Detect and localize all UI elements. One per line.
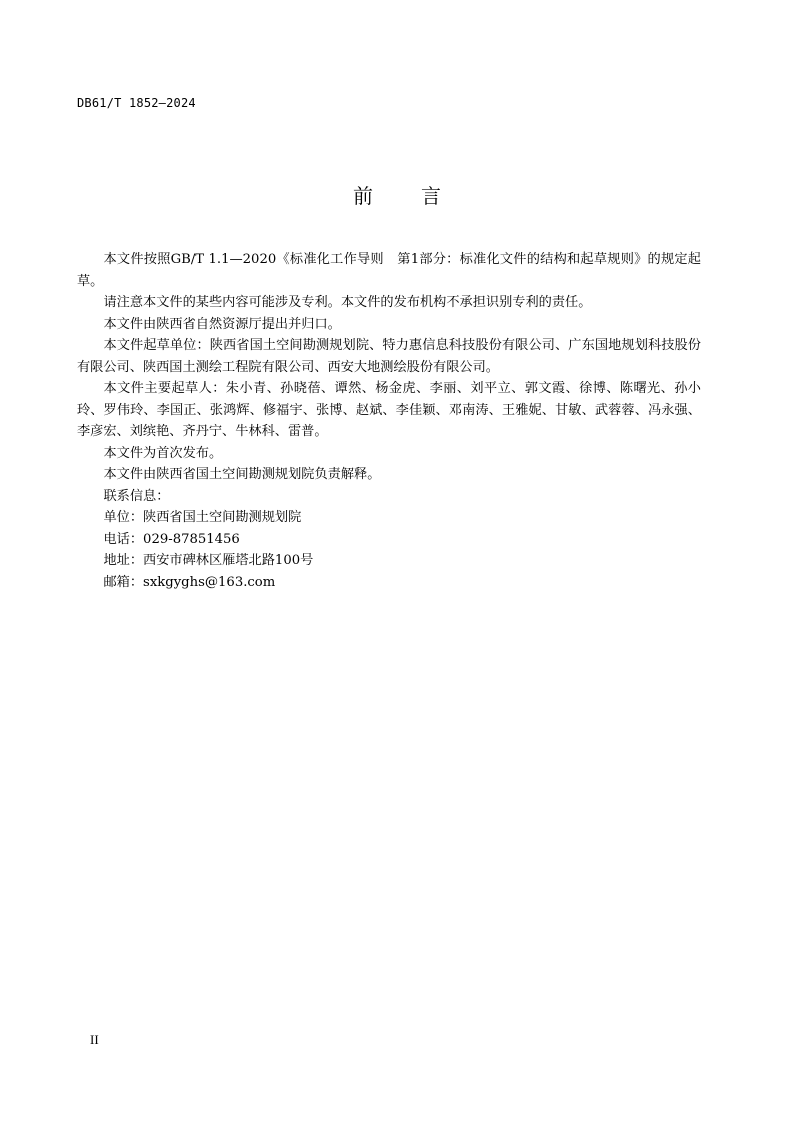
contact-email: 邮箱：sxkgyghs@163.com <box>77 572 701 594</box>
paragraph-drafters: 本文件主要起草人：朱小青、孙晓蓓、谭然、杨金虎、李丽、刘平立、郭文霞、徐博、陈曙… <box>77 378 701 443</box>
paragraph-drafting-units: 本文件起草单位：陕西省国土空间勘测规划院、特力惠信息科技股份有限公司、广东国地规… <box>77 335 701 378</box>
page-title: 前言 <box>0 180 794 209</box>
contact-address: 地址：西安市碑林区雁塔北路100号 <box>77 550 701 572</box>
page-number: II <box>90 1032 99 1048</box>
contact-unit: 单位：陕西省国土空间勘测规划院 <box>77 507 701 529</box>
foreword-body: 本文件按照GB/T 1.1—2020《标准化工作导则 第1部分：标准化文件的结构… <box>77 249 701 593</box>
contact-phone: 电话：029-87851456 <box>77 529 701 551</box>
paragraph-interpretation: 本文件由陕西省国土空间勘测规划院负责解释。 <box>77 464 701 486</box>
paragraph-proposer: 本文件由陕西省自然资源厅提出并归口。 <box>77 314 701 336</box>
paragraph-patent-notice: 请注意本文件的某些内容可能涉及专利。本文件的发布机构不承担识别专利的责任。 <box>77 292 701 314</box>
title-char-2: 言 <box>421 180 441 209</box>
paragraph-first-release: 本文件为首次发布。 <box>77 443 701 465</box>
contact-heading: 联系信息： <box>77 486 701 508</box>
title-char-1: 前 <box>353 180 373 209</box>
standard-code: DB61/T 1852—2024 <box>77 96 196 110</box>
paragraph-drafting-rules: 本文件按照GB/T 1.1—2020《标准化工作导则 第1部分：标准化文件的结构… <box>77 249 701 292</box>
